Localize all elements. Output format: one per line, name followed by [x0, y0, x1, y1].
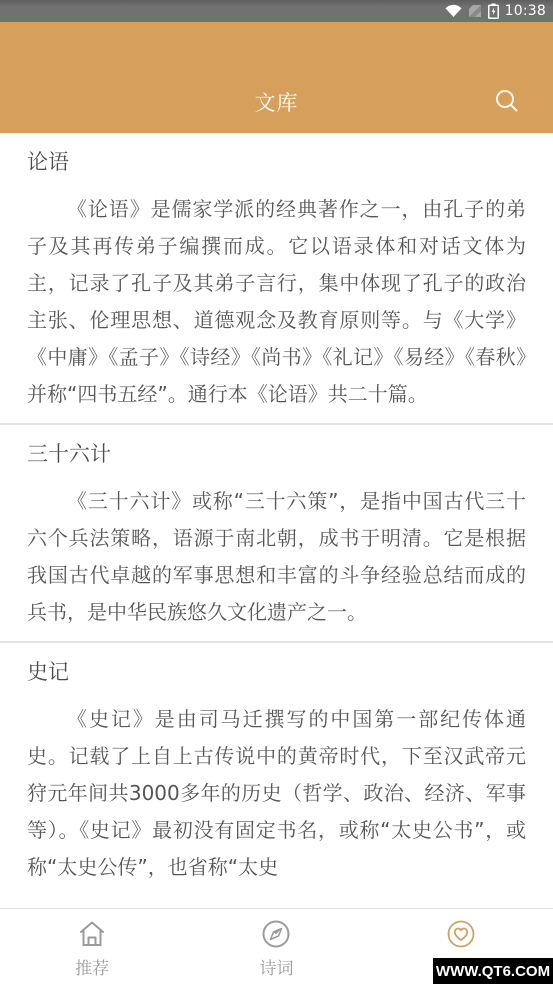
status-bar: 10:38: [0, 0, 553, 22]
entry-summary[interactable]: 《论语》是儒家学派的经典著作之一，由孔子的弟子及其再传弟子编撰而成。它以语录体和…: [27, 191, 526, 413]
search-button[interactable]: [487, 83, 527, 123]
library-list[interactable]: 论语 《论语》是儒家学派的经典著作之一，由孔子的弟子及其再传弟子编撰而成。它以语…: [0, 133, 553, 908]
wifi-icon: [445, 4, 462, 18]
list-item: 论语 《论语》是儒家学派的经典著作之一，由孔子的弟子及其再传弟子编撰而成。它以语…: [27, 147, 526, 413]
app-bar: 文库: [0, 22, 553, 133]
search-icon: [492, 87, 522, 120]
tab-recommend[interactable]: 推荐: [0, 909, 184, 984]
heart-icon: [444, 918, 478, 950]
tab-label: 诗词: [259, 954, 293, 979]
status-time: 10:38: [505, 0, 546, 22]
list-item: 史记 《史记》是由司马迁撰写的中国第一部纪传体通史。记载了上自上古传说中的黄帝时…: [27, 657, 526, 886]
list-item: 三十六计 《三十六计》或称“三十六策”，是指中国古代三十六个兵法策略，语源于南北…: [27, 439, 526, 631]
tab-poetry[interactable]: 诗词: [184, 909, 368, 984]
entry-title[interactable]: 三十六计: [27, 439, 526, 469]
home-icon: [75, 918, 109, 950]
watermark-badge: WWW.QT6.COM: [433, 958, 553, 984]
entry-summary[interactable]: 《史记》是由司马迁撰写的中国第一部纪传体通史。记载了上自上古传说中的黄帝时代，下…: [27, 701, 526, 886]
app-screen: 10:38 文库 论语 《论语》是儒家学派的经典著作之一，由孔子的弟子及其再传弟…: [0, 0, 553, 984]
page-title: 文库: [255, 87, 299, 133]
no-sim-icon: [468, 4, 482, 18]
entry-title[interactable]: 论语: [27, 147, 526, 177]
entry-title[interactable]: 史记: [27, 657, 526, 687]
compass-icon: [259, 918, 293, 950]
entry-summary[interactable]: 《三十六计》或称“三十六策”，是指中国古代三十六个兵法策略，语源于南北朝，成书于…: [27, 483, 526, 631]
battery-charging-icon: [488, 3, 499, 19]
tab-label: 推荐: [75, 954, 109, 979]
divider: [0, 423, 553, 425]
divider: [0, 641, 553, 643]
